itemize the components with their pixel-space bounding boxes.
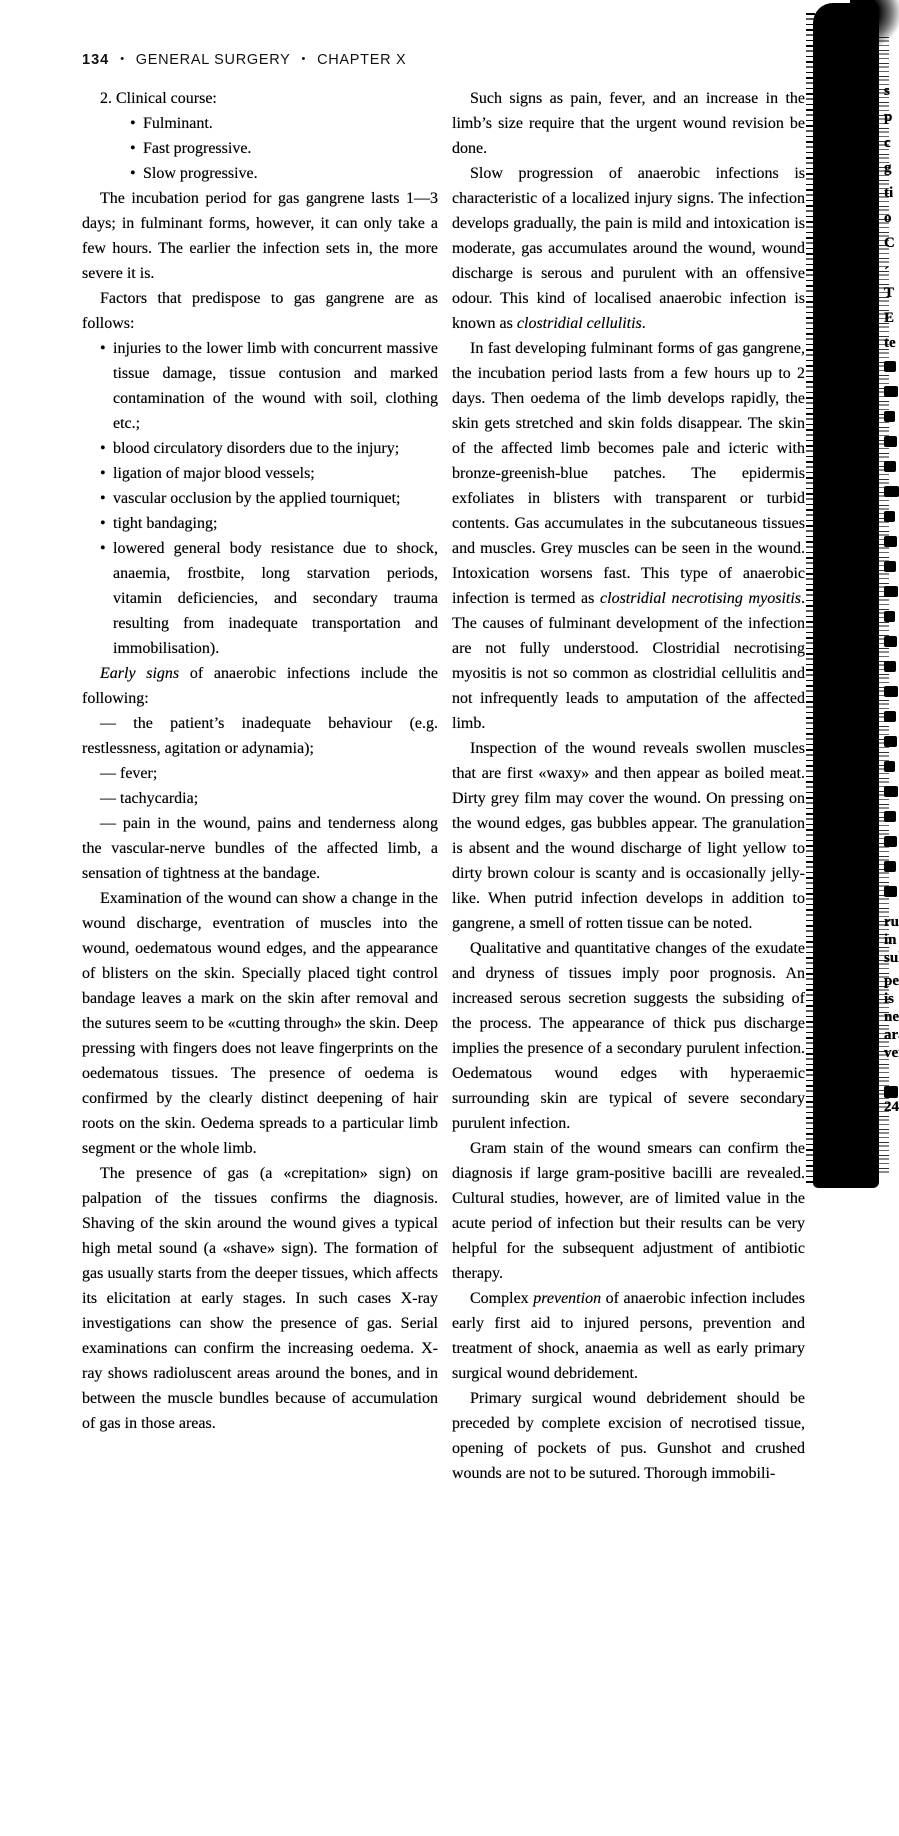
bullet-icon: • [100,336,106,361]
paragraph: — tachycardia; [82,786,438,811]
chapter-title: CHAPTER X [317,52,406,68]
text-run: — the patient’s inadequate behaviour (e.… [82,715,438,757]
paragraph: Primary surgical wound debridement shoul… [452,1386,805,1486]
bullet-icon: • [100,536,106,561]
paragraph: Early signs of anaerobic infections incl… [82,661,438,711]
italic-text-run: clostridial necrotising myositis [600,590,801,607]
text-run: — tachycardia; [100,790,198,807]
paragraph: The incubation period for gas gangrene l… [82,186,438,286]
text-run: Examination of the wound can show a chan… [82,890,438,1157]
text-run: Such signs as pain, fever, and an increa… [452,90,805,157]
bullet-item: •lowered general body resistance due to … [82,536,438,661]
text-run: ligation of major blood vessels; [113,465,315,482]
text-run: Fast progressive. [143,140,251,157]
bullet-item: •Fulminant. [82,111,438,136]
text-run: blood circulatory disorders due to the i… [113,440,399,457]
running-head: 134•GENERAL SURGERY•CHAPTER X [82,52,406,68]
text-run: 2. Clinical course: [100,90,217,107]
bullet-icon: • [100,461,106,486]
text-run: Fulminant. [143,115,213,132]
paragraph: — the patient’s inadequate behaviour (e.… [82,711,438,761]
text-run: vascular occlusion by the applied tourni… [113,490,400,507]
paragraph: Such signs as pain, fever, and an increa… [452,86,805,161]
text-run: In fast developing fulminant forms of ga… [452,340,805,607]
text-run: Qualitative and quantitative changes of … [452,940,805,1132]
bullet-icon: • [130,111,136,136]
bullet-icon: • [100,511,106,536]
paragraph: In fast developing fulminant forms of ga… [452,336,805,736]
paragraph: Examination of the wound can show a chan… [82,886,438,1161]
text-run: . The causes of fulminant development of… [452,590,805,732]
text-run: Primary surgical wound debridement shoul… [452,1390,805,1482]
paragraph: — fever; [82,761,438,786]
paragraph: Slow progression of anaerobic infections… [452,161,805,336]
text-run: Inspection of the wound reveals swollen … [452,740,805,932]
text-run: — fever; [100,765,157,782]
book-gutter-shadow [813,3,879,1188]
bullet-item: •Fast progressive. [82,136,438,161]
italic-text-run: Early signs [100,665,179,682]
text-run: lowered general body resistance due to s… [113,540,438,657]
text-run: Complex [470,1290,533,1307]
bullet-icon: • [130,136,136,161]
bullet-icon: • [100,436,106,461]
paragraph: The presence of gas (a «crepitation» sig… [82,1161,438,1436]
bullet-item: •tight bandaging; [82,511,438,536]
text-run: . [642,315,646,332]
bullet-item: •injuries to the lower limb with concurr… [82,336,438,436]
text-run: Gram stain of the wound smears can confi… [452,1140,805,1282]
paragraph: Factors that predispose to gas gangrene … [82,286,438,336]
bullet-icon: • [130,161,136,186]
section-title: GENERAL SURGERY [136,52,291,68]
page-number: 134 [82,52,109,68]
italic-text-run: clostridial cellulitis [517,315,642,332]
bullet-item: •blood circulatory disorders due to the … [82,436,438,461]
paragraph: Inspection of the wound reveals swollen … [452,736,805,936]
bullet-item: •vascular occlusion by the applied tourn… [82,486,438,511]
paragraph: Complex prevention of anaerobic infectio… [452,1286,805,1386]
text-run: injuries to the lower limb with concurre… [113,340,438,432]
bullet-item: •Slow progressive. [82,161,438,186]
text-run: Slow progression of anaerobic infections… [452,165,805,332]
text-run: The presence of gas (a «crepitation» sig… [82,1165,438,1432]
paragraph: Gram stain of the wound smears can confi… [452,1136,805,1286]
bullet-item: •ligation of major blood vessels; [82,461,438,486]
separator-dot-icon: • [120,53,125,65]
right-text-column: Such signs as pain, fever, and an increa… [452,86,805,1486]
text-run: The incubation period for gas gangrene l… [82,190,438,282]
scanned-book-page: 134•GENERAL SURGERY•CHAPTER X 2. Clinica… [0,0,899,1836]
book-gutter-shadow-top [850,0,899,50]
paragraph: 2. Clinical course: [82,86,438,111]
text-run: Factors that predispose to gas gangrene … [82,290,438,332]
separator-dot-icon: • [302,53,307,65]
text-run: — pain in the wound, pains and tendernes… [82,815,438,882]
paragraph: — pain in the wound, pains and tendernes… [82,811,438,886]
text-run: Slow progressive. [143,165,258,182]
left-text-column: 2. Clinical course:•Fulminant.•Fast prog… [82,86,438,1436]
text-run: tight bandaging; [113,515,217,532]
paragraph: Qualitative and quantitative changes of … [452,936,805,1136]
italic-text-run: prevention [533,1290,601,1307]
bullet-icon: • [100,486,106,511]
